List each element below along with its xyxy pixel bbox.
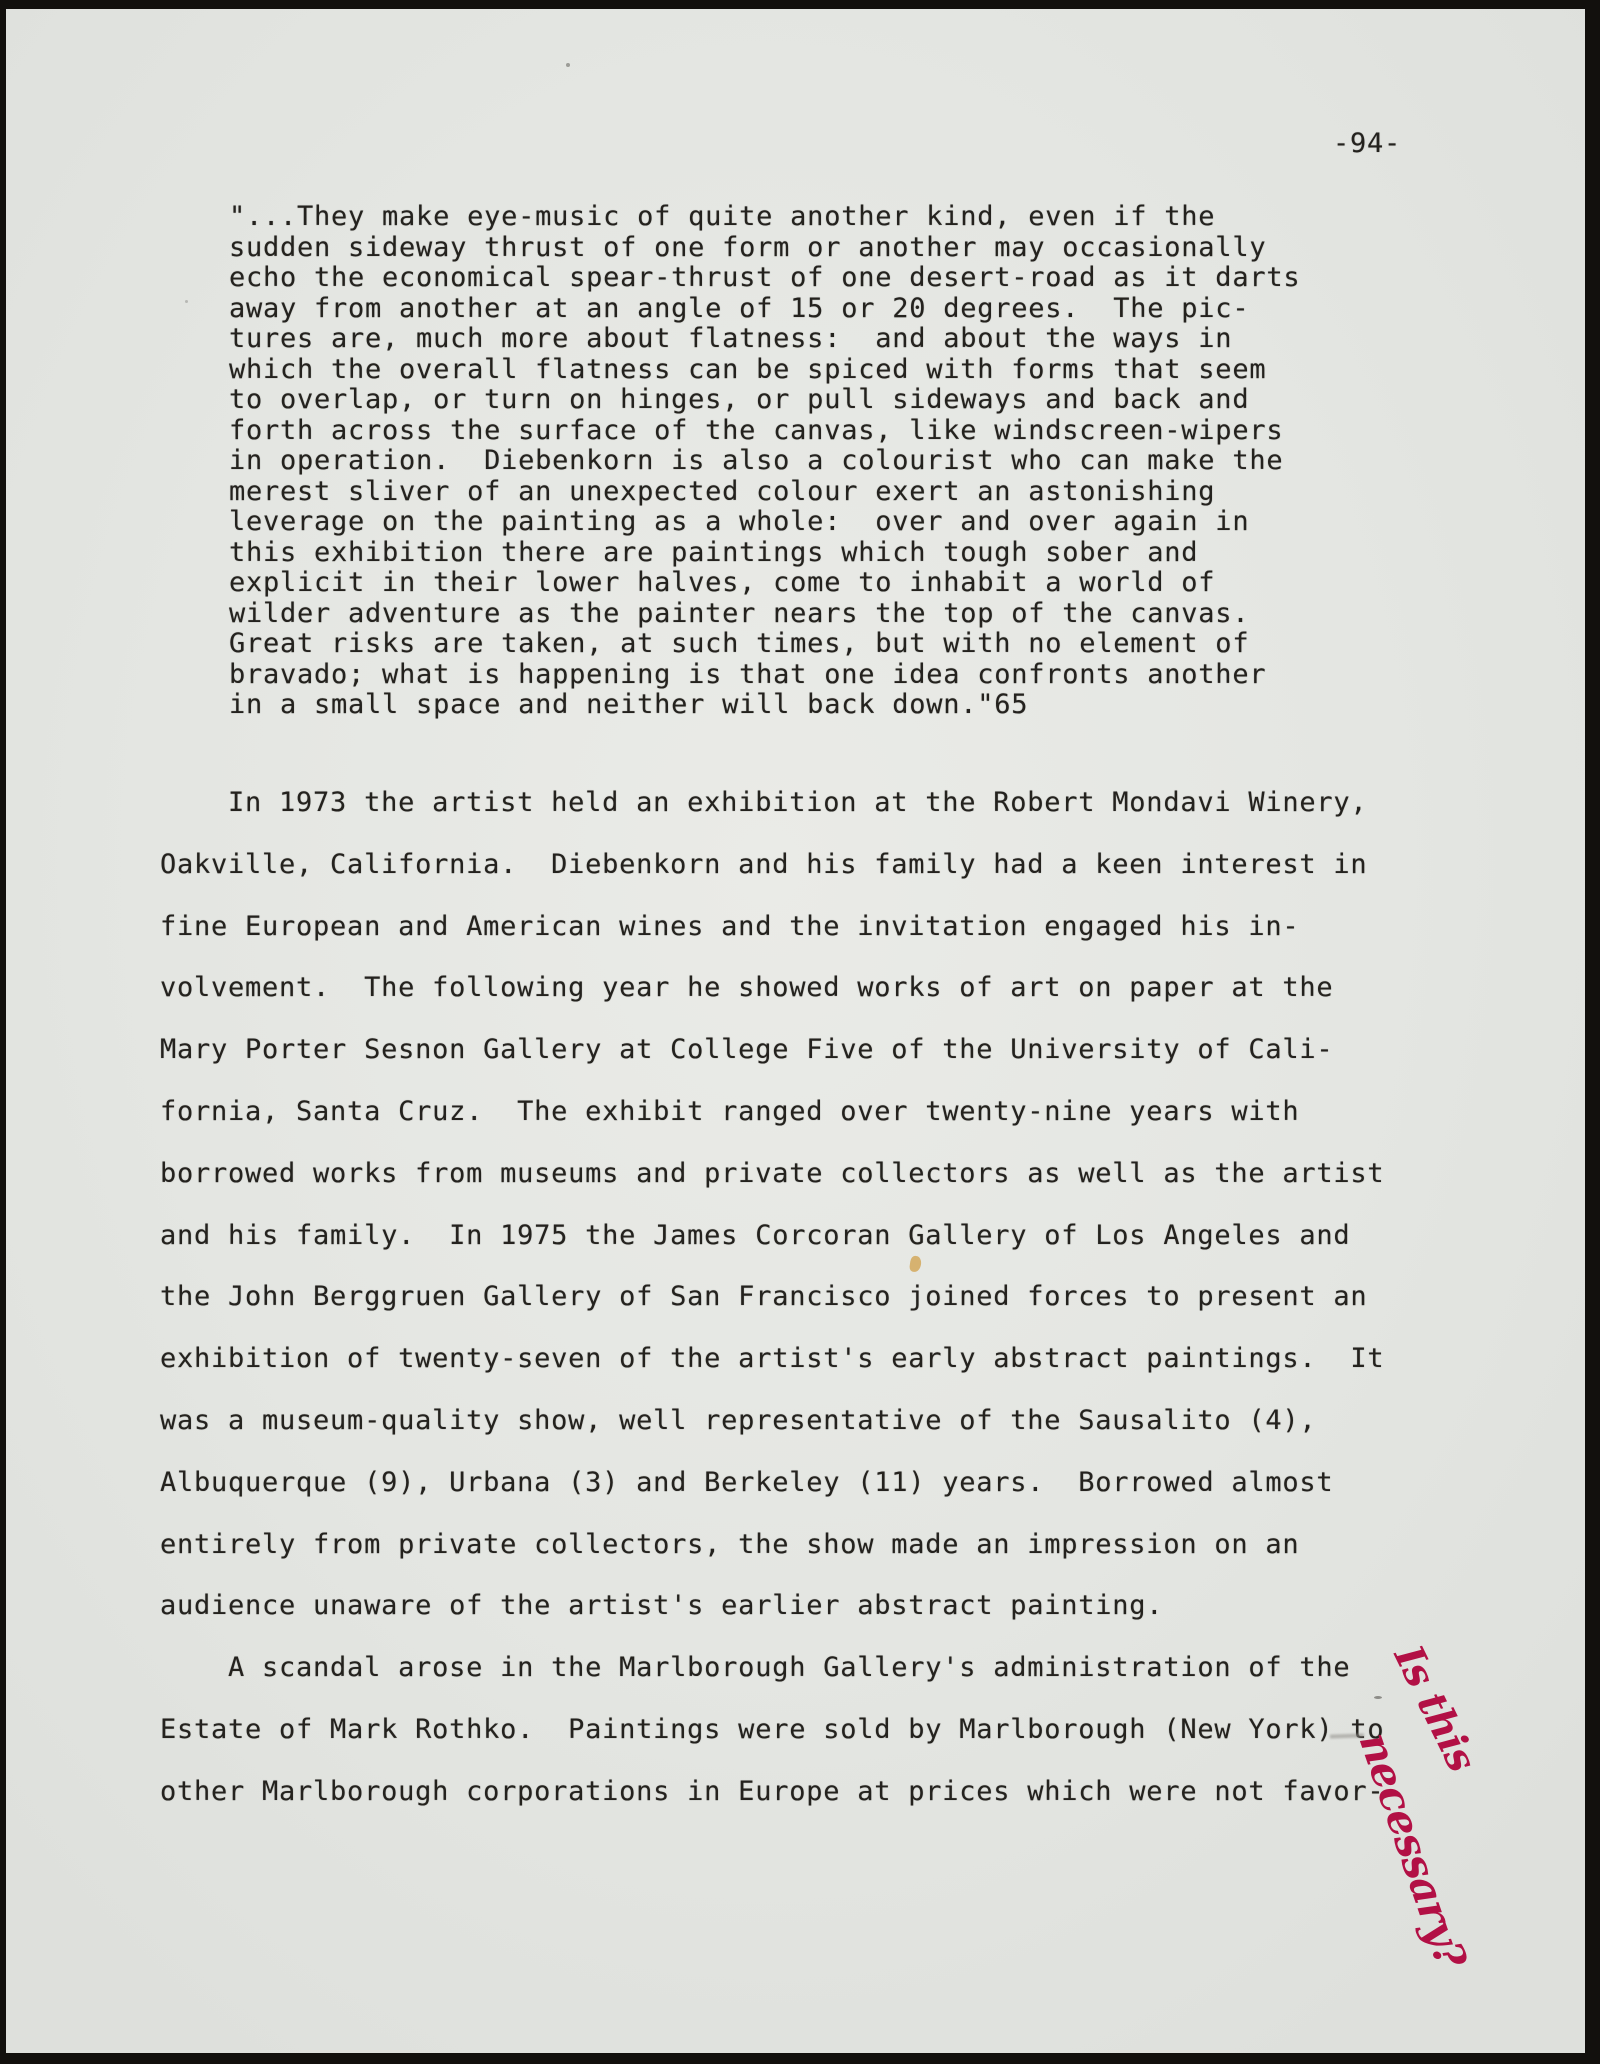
scan-border-right	[1585, 0, 1600, 2064]
paper-sheet: -94- "...They make eye-music of quite an…	[0, 0, 1600, 2064]
body-paragraphs: In 1973 the artist held an exhibition at…	[160, 772, 1384, 1823]
block-quote: "...They make eye-music of quite another…	[229, 202, 1300, 721]
page-number: -94-	[1333, 128, 1401, 159]
scan-border-top	[0, 0, 1600, 9]
scanned-document: -94- "...They make eye-music of quite an…	[0, 0, 1600, 2064]
dust-speck	[566, 63, 570, 67]
dust-speck	[185, 300, 188, 303]
scan-border-left	[0, 0, 6, 2064]
dust-speck	[1374, 1696, 1382, 1699]
scan-border-bottom	[0, 2053, 1600, 2064]
